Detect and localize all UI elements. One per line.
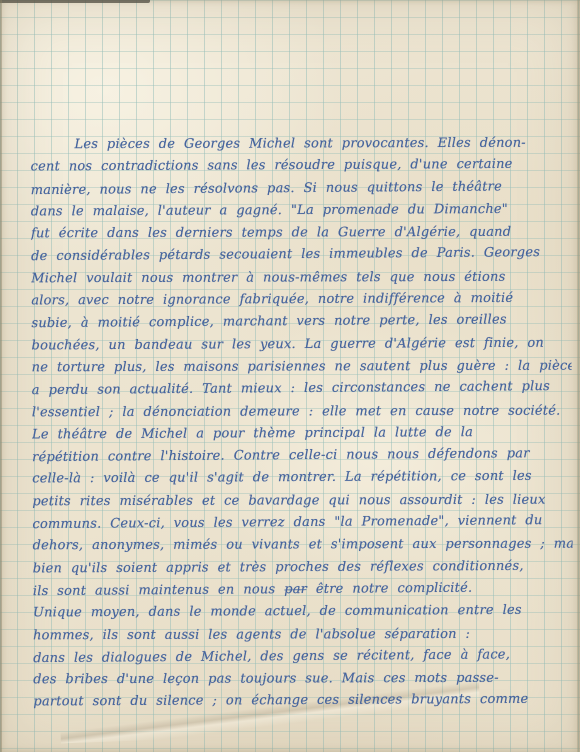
manuscript-line: a perdu son actualité. Tant mieux : les … — [32, 376, 572, 403]
manuscript-line: Les pièces de Georges Michel sont provoc… — [30, 133, 570, 157]
scan-edge-top — [0, 0, 150, 3]
manuscript-line: manière, nous ne les résolvons pas. Si n… — [31, 175, 571, 202]
manuscript-line: partout sont du silence ; on échange ces… — [33, 689, 573, 714]
manuscript-line: subie, à moitié complice, marchant vers … — [31, 309, 571, 336]
manuscript-line: celle-là : voilà ce qu'il s'agit de mont… — [32, 466, 572, 491]
manuscript-line: dans le malaise, l'auteur a gagné. "La p… — [31, 198, 571, 223]
manuscript-line: dehors, anonymes, mimés ou vivants et s'… — [33, 534, 573, 558]
manuscript-line: des bribes d'une leçon pas toujours sue.… — [33, 668, 573, 692]
manuscript-line: Unique moyen, dans le monde actuel, de c… — [33, 600, 573, 625]
manuscript-line: l'essentiel ; la dénonciation demeure : … — [32, 400, 572, 424]
handwritten-text-block: Les pièces de Georges Michel sont provoc… — [30, 132, 573, 735]
manuscript-line: communs. Ceux-ci, vous les verrez dans "… — [32, 510, 572, 537]
manuscript-line: répétition contre l'histoire. Contre cel… — [32, 443, 572, 470]
manuscript-line: bouchées, un bandeau sur les yeux. La gu… — [31, 332, 571, 357]
manuscript-line: de considérables pétards secouaient les … — [31, 242, 571, 269]
manuscript-line: Michel voulait nous montrer à nous-mêmes… — [31, 266, 571, 290]
manuscript-line: dans les dialogues de Michel, des gens s… — [33, 644, 573, 671]
graph-paper-sheet: Les pièces de Georges Michel sont provoc… — [0, 0, 580, 752]
manuscript-line-with-strikethrough: ils sont aussi maintenus en nous p̶a̶r̶ … — [33, 577, 573, 604]
manuscript-line: cent nos contradictions sans les résoudr… — [31, 154, 571, 179]
scan-edge-left — [0, 0, 2, 752]
manuscript-line: hommes, ils sont aussi les agents de l'a… — [33, 623, 573, 647]
